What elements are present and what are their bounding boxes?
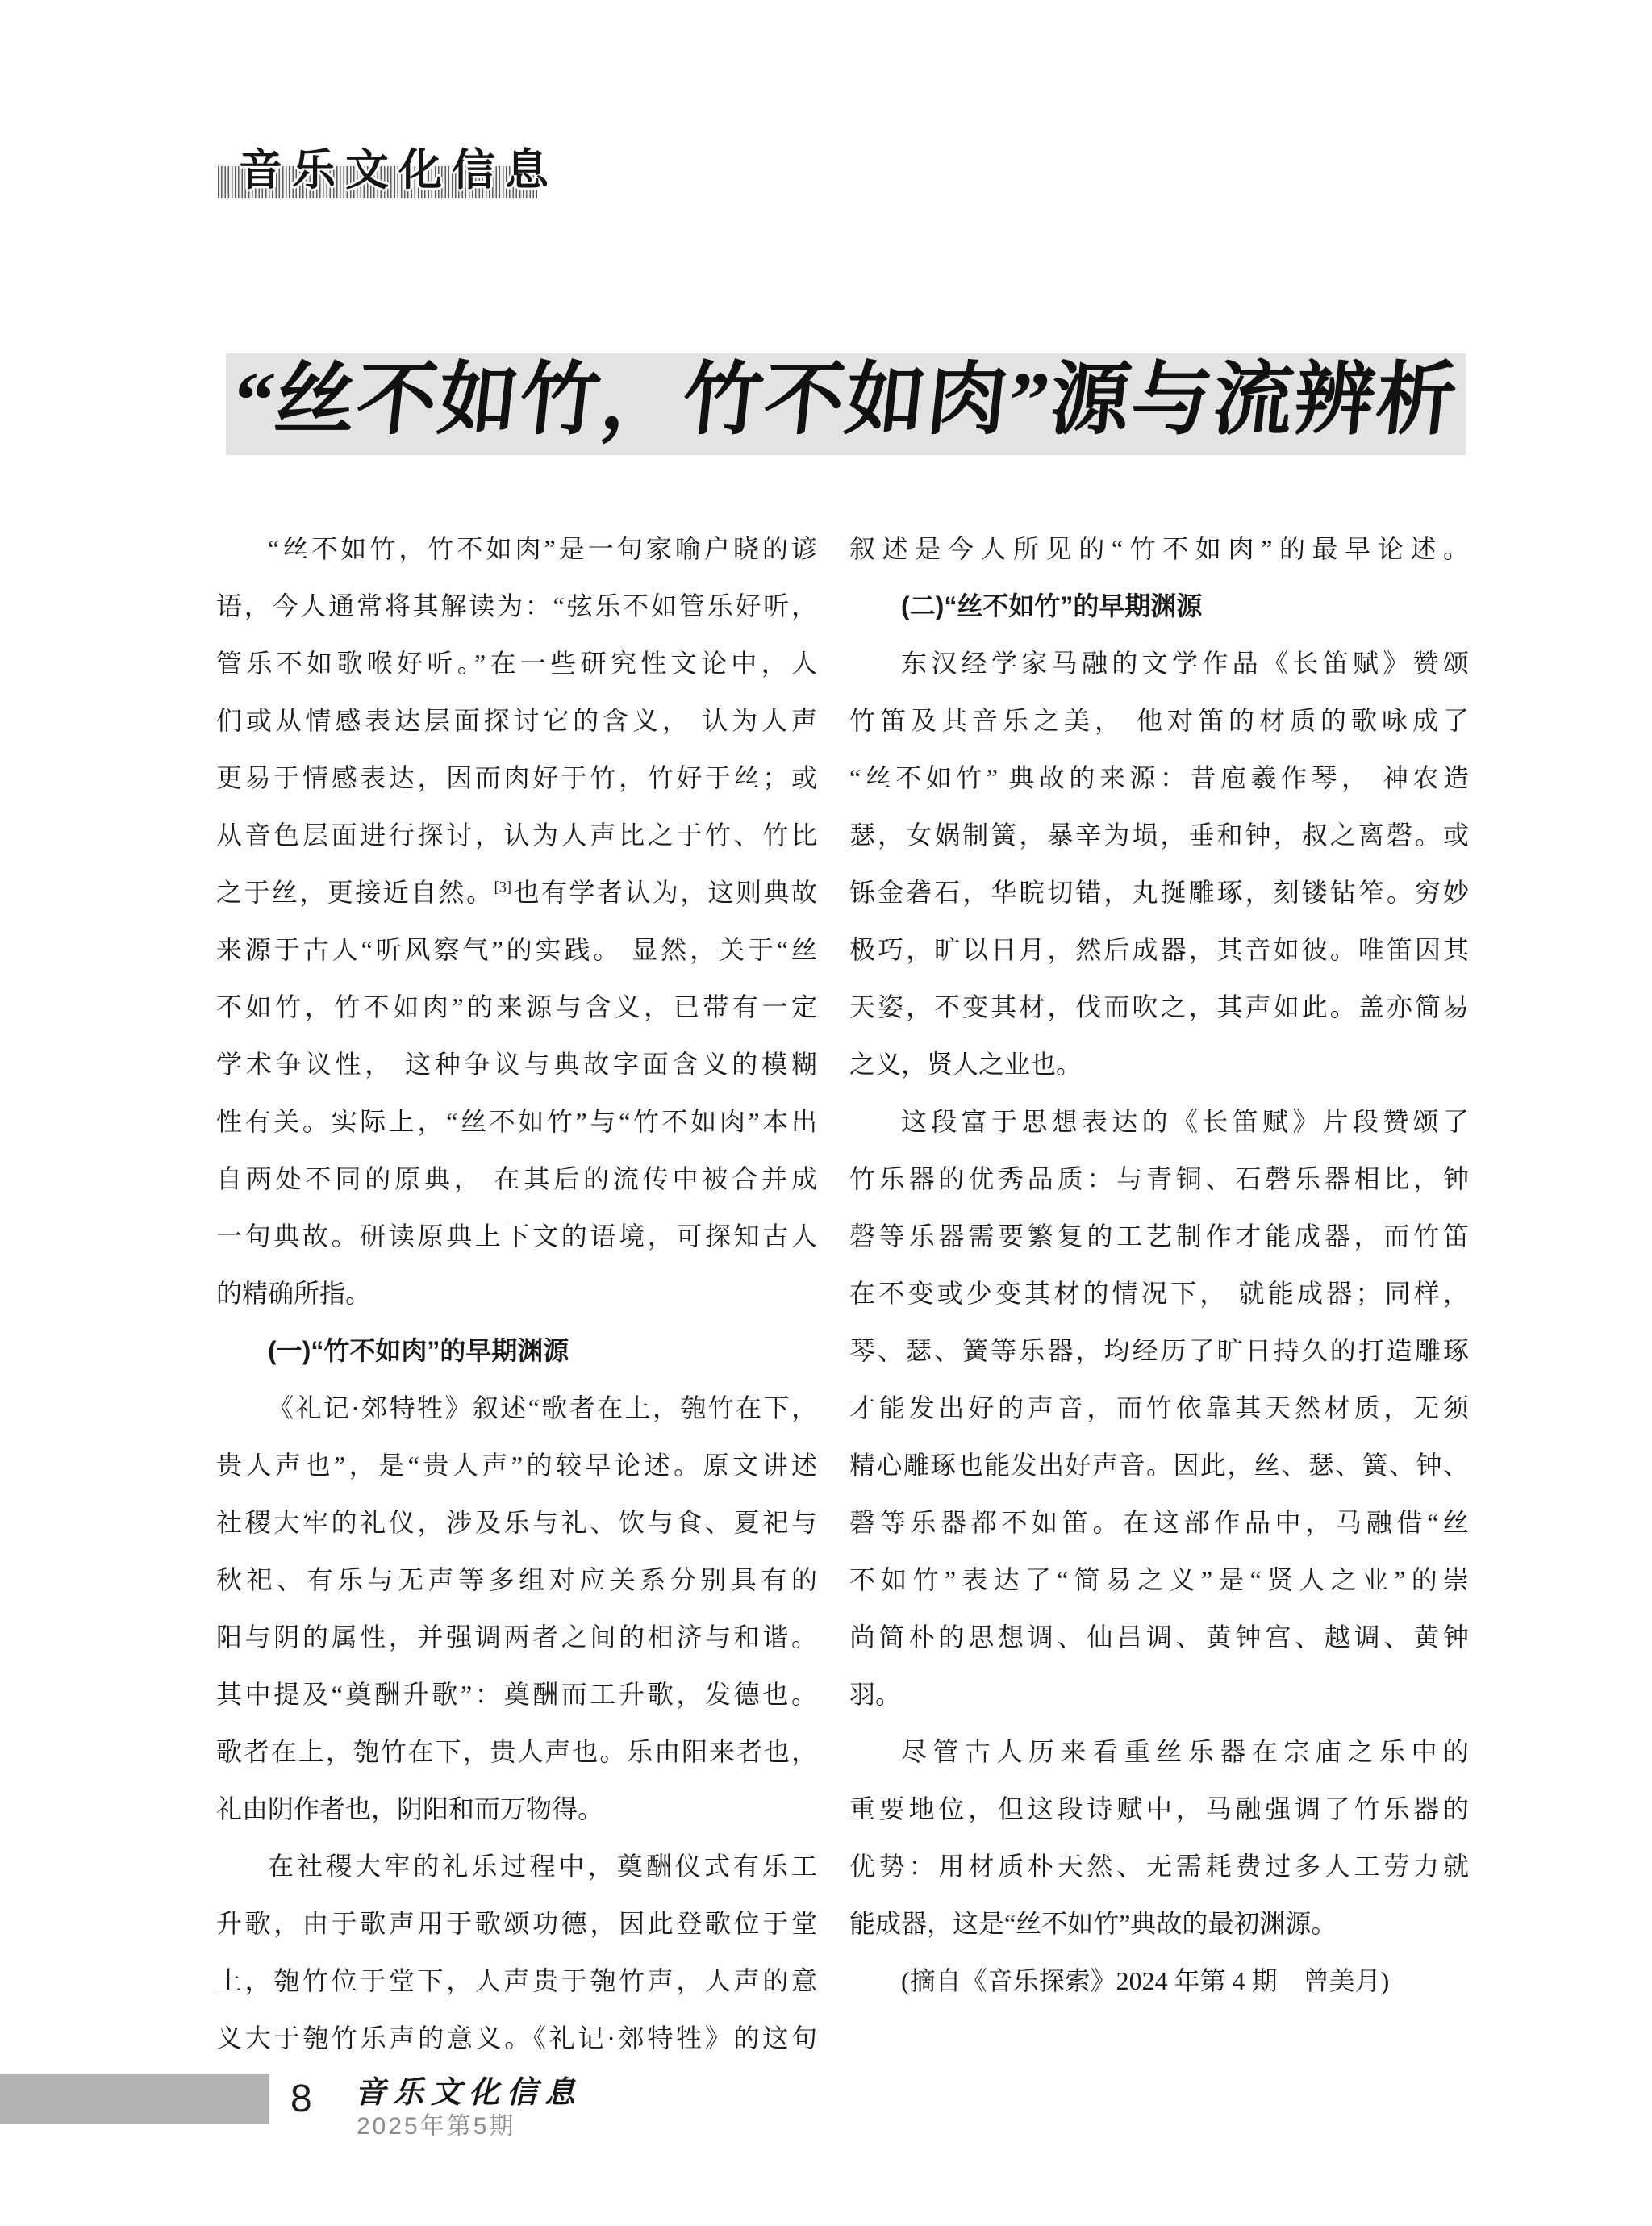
text-line: 礼由阴作者也，阴阳和而万物得。 xyxy=(216,1781,817,1838)
text-line: 秋祀、有乐与无声等多组对应关系分别具有的 xyxy=(216,1552,817,1609)
text-line: 瑟，女娲制簧，暴辛为埙，垂和钟，叔之离磬。或 xyxy=(849,807,1469,864)
text-segment: 竹笛及其音乐之美， 他对笛的材质的歌咏成了 xyxy=(849,706,1469,735)
text-segment: “丝不如竹，竹不如肉”是一句家喻户晓的谚 xyxy=(268,534,817,563)
text-line: 才能发出好的声音，而竹依靠其天然材质，无须 xyxy=(849,1380,1469,1437)
text-segment: “丝不如竹” 典故的来源：昔庖羲作琴， 神农造 xyxy=(849,763,1469,792)
text-line: 更易于情感表达，因而肉好于竹，竹好于丝；或 xyxy=(216,750,817,807)
text-line: 来源于古人“听风察气”的实践。 显然，关于“丝 xyxy=(216,921,817,979)
text-line: 优势：用材质朴天然、无需耗费过多人工劳力就 xyxy=(849,1838,1469,1895)
text-segment: 能成器，这是“丝不如竹”典故的最初渊源。 xyxy=(849,1909,1337,1938)
text-segment: 升歌，由于歌声用于歌颂功德，因此登歌位于堂 xyxy=(216,1909,817,1938)
text-segment: 琴、瑟、簧等乐器，均经历了旷日持久的打造雕琢 xyxy=(849,1336,1469,1365)
text-line: 《礼记·郊特牲》叙述“歌者在上，匏竹在下， xyxy=(216,1380,817,1437)
text-line: 琴、瑟、簧等乐器，均经历了旷日持久的打造雕琢 xyxy=(849,1322,1469,1380)
text-line: 能成器，这是“丝不如竹”典故的最初渊源。 xyxy=(849,1895,1469,1952)
text-segment: 学术争议性， 这种争议与典故字面含义的模糊 xyxy=(216,1050,817,1079)
text-segment: 在不变或少变其材的情况下， 就能成器；同样， xyxy=(849,1279,1469,1308)
text-segment: 语，今人通常将其解读为：“弦乐不如管乐好听， xyxy=(216,591,817,620)
text-line: 的精确所指。 xyxy=(216,1265,817,1322)
text-line: 性有关。实际上，“丝不如竹”与“竹不如肉”本出 xyxy=(216,1093,817,1151)
text-segment: 瑟，女娲制簧，暴辛为埙，垂和钟，叔之离磬。或 xyxy=(849,821,1469,850)
text-segment: 从音色层面进行探讨，认为人声比之于竹、竹比 xyxy=(216,821,817,850)
text-segment: 阳与阴的属性，并强调两者之间的相济与和谐。 xyxy=(216,1623,817,1652)
text-line: “丝不如竹，竹不如肉”是一句家喻户晓的谚 xyxy=(216,520,817,578)
text-line: 竹笛及其音乐之美， 他对笛的材质的歌咏成了 xyxy=(849,692,1469,750)
footnote-marker: [3] xyxy=(494,879,511,896)
text-segment: 更易于情感表达，因而肉好于竹，竹好于丝；或 xyxy=(216,763,817,792)
text-line: 贵人声也”，是“贵人声”的较早论述。原文讲述 xyxy=(216,1437,817,1494)
text-segment: 东汉经学家马融的文学作品《长笛赋》赞颂 xyxy=(901,649,1469,678)
page-number: 8 xyxy=(290,2077,312,2121)
text-line: 语，今人通常将其解读为：“弦乐不如管乐好听， xyxy=(216,578,817,635)
text-line: 尚简朴的思想调、仙吕调、黄钟宫、越调、黄钟 xyxy=(849,1609,1469,1666)
text-line: 不如竹”表达了“简易之义”是“贤人之业”的崇 xyxy=(849,1552,1469,1609)
text-segment: 贵人声也”，是“贵人声”的较早论述。原文讲述 xyxy=(216,1451,817,1480)
text-segment: 来源于古人“听风察气”的实践。 显然，关于“丝 xyxy=(216,935,817,964)
section-heading: (一)“竹不如肉”的早期渊源 xyxy=(216,1322,817,1380)
article-title-band: “丝不如竹，竹不如肉”源与流辨析 xyxy=(226,353,1466,455)
text-line: (摘自《音乐探索》2024 年第 4 期 曾美月) xyxy=(849,1952,1469,2010)
text-line: 之于丝，更接近自然。[3]也有学者认为，这则典故 xyxy=(216,864,817,921)
text-segment: 磬等乐器需要繁复的工艺制作才能成器，而竹笛 xyxy=(849,1222,1469,1251)
text-segment: 也有学者认为，这则典故 xyxy=(511,878,817,907)
text-segment: 社稷大牢的礼仪，涉及乐与礼、饮与食、夏祀与 xyxy=(216,1508,817,1537)
text-segment: 精心雕琢也能发出好声音。因此，丝、瑟、簧、钟、 xyxy=(849,1451,1469,1480)
left-column: “丝不如竹，竹不如肉”是一句家喻户晓的谚语，今人通常将其解读为：“弦乐不如管乐好… xyxy=(216,520,817,2067)
text-segment: 一句典故。研读原典上下文的语境，可探知古人 xyxy=(216,1222,817,1251)
text-line: 极巧，旷以日月，然后成器，其音如彼。唯笛因其 xyxy=(849,921,1469,979)
text-segment: (一)“竹不如肉”的早期渊源 xyxy=(268,1336,569,1365)
text-segment: 《礼记·郊特牲》叙述“歌者在上，匏竹在下， xyxy=(268,1393,817,1422)
text-segment: 自两处不同的原典， 在其后的流传中被合并成 xyxy=(216,1164,817,1193)
text-line: 一句典故。研读原典上下文的语境，可探知古人 xyxy=(216,1208,817,1265)
text-segment: 竹乐器的优秀品质：与青铜、石磬乐器相比，钟 xyxy=(849,1164,1469,1193)
text-segment: 羽。 xyxy=(849,1680,901,1709)
text-line: 义大于匏竹乐声的意义。《礼记·郊特牲》的这句 xyxy=(216,2010,817,2067)
text-segment: 天姿，不变其材，伐而吹之，其声如此。盖亦简易 xyxy=(849,992,1469,1021)
footer-gray-bar xyxy=(0,2074,269,2124)
text-line: 社稷大牢的礼仪，涉及乐与礼、饮与食、夏祀与 xyxy=(216,1494,817,1552)
text-line: 精心雕琢也能发出好声音。因此，丝、瑟、簧、钟、 xyxy=(849,1437,1469,1494)
text-line: 这段富于思想表达的《长笛赋》片段赞颂了 xyxy=(849,1093,1469,1151)
text-line: 羽。 xyxy=(849,1666,1469,1723)
text-segment: 优势：用材质朴天然、无需耗费过多人工劳力就 xyxy=(849,1852,1469,1881)
text-segment: 其中提及“奠酬升歌”：奠酬而工升歌，发德也。 xyxy=(216,1680,817,1709)
text-segment: 尚简朴的思想调、仙吕调、黄钟宫、越调、黄钟 xyxy=(849,1623,1469,1652)
text-segment: 在社稷大牢的礼乐过程中，奠酬仪式有乐工 xyxy=(268,1852,817,1881)
text-line: 管乐不如歌喉好听。”在一些研究性文论中，人 xyxy=(216,635,817,692)
text-segment: 铄金砻石，华睆切错，丸挻雕琢，刻镂钻笮。穷妙 xyxy=(849,878,1469,907)
text-segment: 的精确所指。 xyxy=(216,1279,371,1308)
text-line: “丝不如竹” 典故的来源：昔庖羲作琴， 神农造 xyxy=(849,750,1469,807)
text-line: 自两处不同的原典， 在其后的流传中被合并成 xyxy=(216,1151,817,1208)
text-segment: (二)“丝不如竹”的早期渊源 xyxy=(901,591,1202,620)
text-line: 上，匏竹位于堂下，人声贵于匏竹声，人声的意 xyxy=(216,1952,817,2010)
text-line: 在社稷大牢的礼乐过程中，奠酬仪式有乐工 xyxy=(216,1838,817,1895)
text-segment: 尽管古人历来看重丝乐器在宗庙之乐中的 xyxy=(901,1737,1469,1766)
footer-journal-name: 音乐文化信息 xyxy=(355,2067,582,2111)
text-line: 升歌，由于歌声用于歌颂功德，因此登歌位于堂 xyxy=(216,1895,817,1952)
text-segment: 叙述是今人所见的“竹不如肉”的最早论述。 xyxy=(849,534,1469,563)
text-segment: 性有关。实际上，“丝不如竹”与“竹不如肉”本出 xyxy=(216,1107,817,1136)
text-segment: 之义，贤人之业也。 xyxy=(849,1050,1082,1079)
text-segment: (摘自《音乐探索》2024 年第 4 期 曾美月) xyxy=(901,1966,1389,1995)
text-line: 铄金砻石，华睆切错，丸挻雕琢，刻镂钻笮。穷妙 xyxy=(849,864,1469,921)
text-line: 叙述是今人所见的“竹不如肉”的最早论述。 xyxy=(849,520,1469,578)
article-title: “丝不如竹，竹不如肉”源与流辨析 xyxy=(219,332,1473,470)
text-segment: 重要地位，但这段诗赋中，马融强调了竹乐器的 xyxy=(849,1794,1469,1823)
section-heading: (二)“丝不如竹”的早期渊源 xyxy=(849,578,1469,635)
text-segment: 上，匏竹位于堂下，人声贵于匏竹声，人声的意 xyxy=(216,1966,817,1995)
text-segment: 礼由阴作者也，阴阳和而万物得。 xyxy=(216,1794,603,1823)
text-line: 在不变或少变其材的情况下， 就能成器；同样， xyxy=(849,1265,1469,1322)
text-line: 重要地位，但这段诗赋中，马融强调了竹乐器的 xyxy=(849,1781,1469,1838)
text-segment: 们或从情感表达层面探讨它的含义， 认为人声 xyxy=(216,706,817,735)
text-line: 尽管古人历来看重丝乐器在宗庙之乐中的 xyxy=(849,1723,1469,1781)
text-segment: 磬等乐器都不如笛。在这部作品中，马融借“丝 xyxy=(849,1508,1469,1537)
text-segment: 这段富于思想表达的《长笛赋》片段赞颂了 xyxy=(901,1107,1469,1136)
text-line: 从音色层面进行探讨，认为人声比之于竹、竹比 xyxy=(216,807,817,864)
text-line: 歌者在上，匏竹在下，贵人声也。乐由阳来者也， xyxy=(216,1723,817,1781)
text-line: 们或从情感表达层面探讨它的含义， 认为人声 xyxy=(216,692,817,750)
text-segment: 歌者在上，匏竹在下，贵人声也。乐由阳来者也， xyxy=(216,1737,817,1766)
text-line: 磬等乐器需要繁复的工艺制作才能成器，而竹笛 xyxy=(849,1208,1469,1265)
text-line: 之义，贤人之业也。 xyxy=(849,1036,1469,1093)
text-line: 天姿，不变其材，伐而吹之，其声如此。盖亦简易 xyxy=(849,979,1469,1036)
text-segment: 不如竹，竹不如肉”的来源与含义，已带有一定 xyxy=(216,992,817,1021)
footer-issue-label: 2025年第5期 xyxy=(357,2106,515,2141)
text-segment: 之于丝，更接近自然。 xyxy=(216,878,494,907)
text-segment: 管乐不如歌喉好听。”在一些研究性文论中，人 xyxy=(216,649,817,678)
text-line: 学术争议性， 这种争议与典故字面含义的模糊 xyxy=(216,1036,817,1093)
text-segment: 义大于匏竹乐声的意义。《礼记·郊特牲》的这句 xyxy=(216,2023,817,2053)
text-line: 不如竹，竹不如肉”的来源与含义，已带有一定 xyxy=(216,979,817,1036)
text-line: 东汉经学家马融的文学作品《长笛赋》赞颂 xyxy=(849,635,1469,692)
section-header-label: 音乐文化信息 xyxy=(239,136,558,198)
text-segment: 秋祀、有乐与无声等多组对应关系分别具有的 xyxy=(216,1565,817,1594)
text-line: 竹乐器的优秀品质：与青铜、石磬乐器相比，钟 xyxy=(849,1151,1469,1208)
journal-page: 音乐文化信息 “丝不如竹，竹不如肉”源与流辨析 “丝不如竹，竹不如肉”是一句家喻… xyxy=(0,0,1652,2226)
text-segment: 不如竹”表达了“简易之义”是“贤人之业”的崇 xyxy=(849,1565,1469,1594)
text-line: 其中提及“奠酬升歌”：奠酬而工升歌，发德也。 xyxy=(216,1666,817,1723)
text-line: 磬等乐器都不如笛。在这部作品中，马融借“丝 xyxy=(849,1494,1469,1552)
text-segment: 才能发出好的声音，而竹依靠其天然材质，无须 xyxy=(849,1393,1469,1422)
text-segment: 极巧，旷以日月，然后成器，其音如彼。唯笛因其 xyxy=(849,935,1469,964)
text-line: 阳与阴的属性，并强调两者之间的相济与和谐。 xyxy=(216,1609,817,1666)
right-column: 叙述是今人所见的“竹不如肉”的最早论述。(二)“丝不如竹”的早期渊源东汉经学家马… xyxy=(849,520,1469,2010)
